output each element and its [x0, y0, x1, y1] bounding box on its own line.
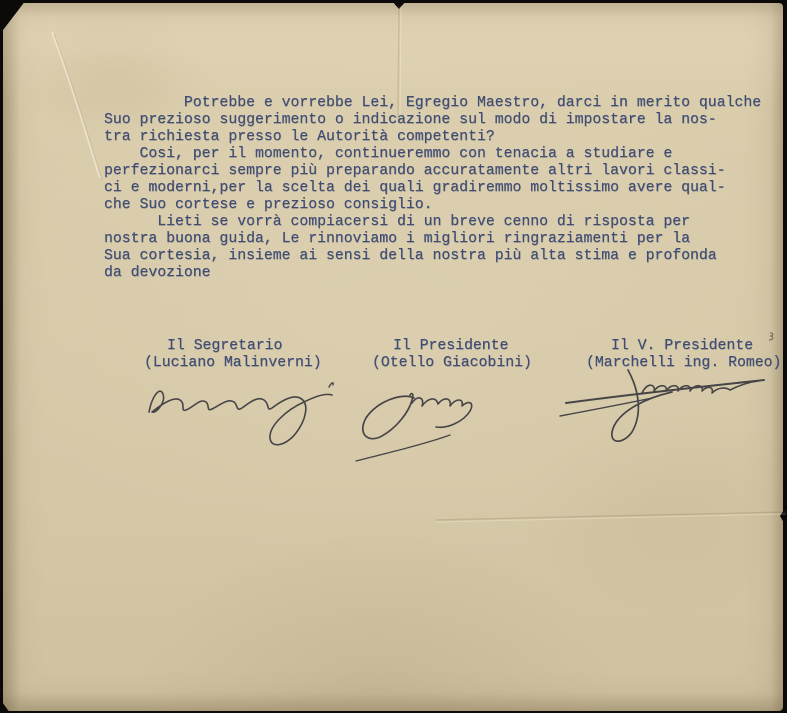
torn-corner-bottom-left: [0, 699, 10, 713]
signature-title-vice-presidente: Il V. Presidente: [611, 338, 753, 355]
signature-name-vice-presidente: (Marchelli ing. Romeo): [586, 355, 781, 372]
letter-body-text: Potrebbe e vorrebbe Lei, Egregio Maestro…: [104, 95, 761, 282]
signature-title-segretario: Il Segretario: [167, 338, 282, 355]
torn-corner-top-left: [0, 0, 26, 34]
signature-name-presidente: (Otello Giacobini): [372, 355, 532, 372]
tear-notch-top: [391, 0, 407, 9]
signature-name-segretario: (Luciano Malinverni): [144, 355, 322, 372]
scanned-letter-page: { "document": { "type": "typewritten-let…: [0, 0, 787, 713]
signature-title-presidente: Il Presidente: [393, 338, 508, 355]
tear-notch-right: [780, 505, 787, 528]
